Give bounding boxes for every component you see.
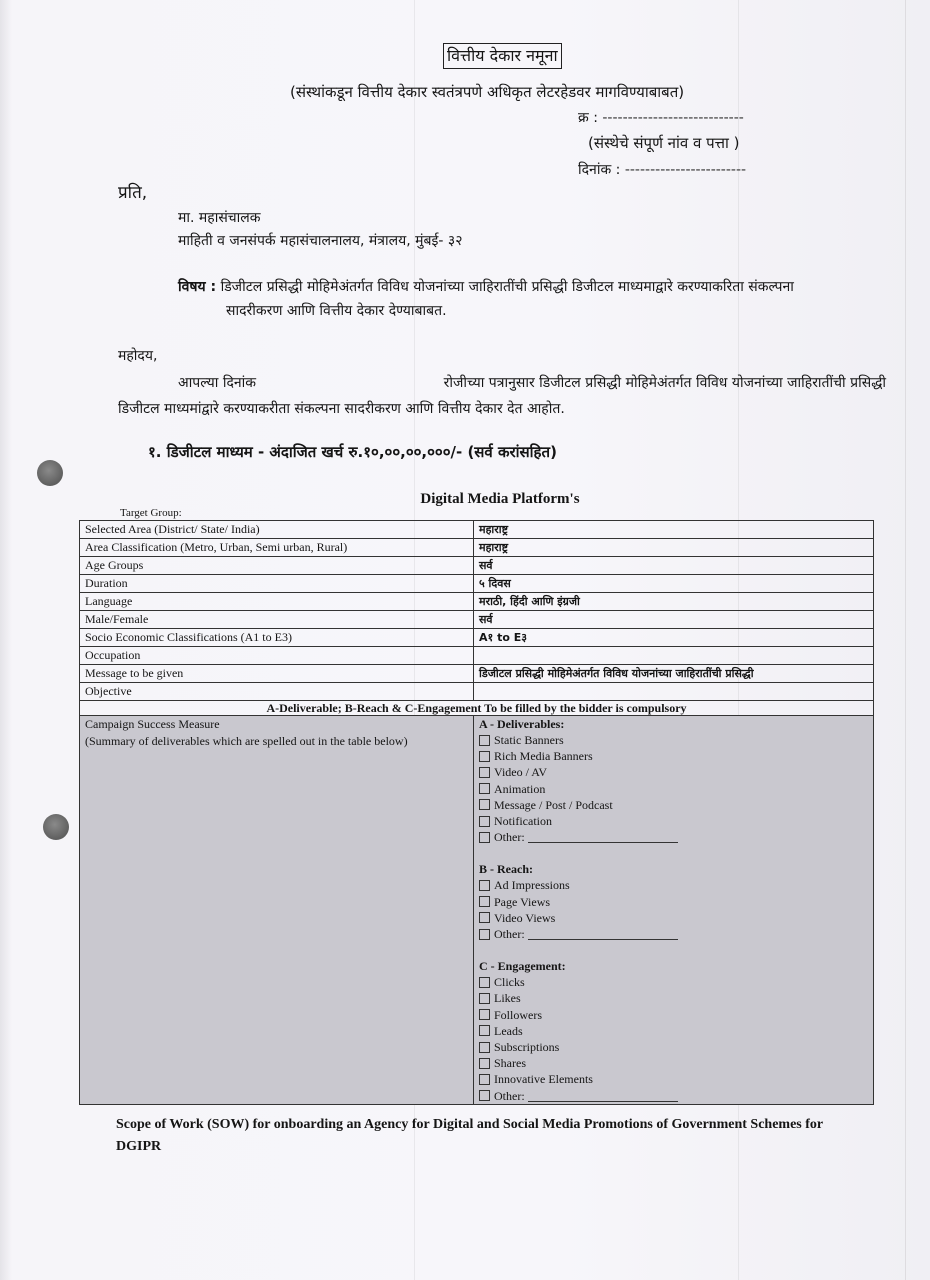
org-name-label: (संस्थेचे संपूर्ण नांव व पत्ता ) xyxy=(588,133,740,153)
checklist-item[interactable]: Subscriptions xyxy=(479,1039,868,1055)
row-value[interactable]: महाराष्ट्र xyxy=(474,521,874,539)
checkbox-icon[interactable] xyxy=(479,799,490,810)
checkbox-icon[interactable] xyxy=(479,993,490,1004)
row-value[interactable] xyxy=(474,647,874,665)
row-label: Area Classification (Metro, Urban, Semi … xyxy=(80,539,474,557)
para-end: डिजीटल माध्यमांद्वारे करण्याकरीता संकल्प… xyxy=(118,396,886,422)
subject-label: विषय : xyxy=(178,279,216,295)
checkbox-icon[interactable] xyxy=(479,767,490,778)
table-row: Occupation xyxy=(80,647,874,665)
checkbox-icon[interactable] xyxy=(479,896,490,907)
compulsory-banner: A-Deliverable; B-Reach & C-Engagement To… xyxy=(80,701,874,716)
checkbox-icon[interactable] xyxy=(479,832,490,843)
checklist-item[interactable]: Clicks xyxy=(479,974,868,990)
row-label: Language xyxy=(80,593,474,611)
greeting: महोदय, xyxy=(118,346,157,365)
checklist-item[interactable]: Other: xyxy=(479,926,868,942)
checklist-item[interactable]: Innovative Elements xyxy=(479,1071,868,1087)
checklist-item[interactable]: Notification xyxy=(479,813,868,829)
checkbox-icon[interactable] xyxy=(479,735,490,746)
row-label: Occupation xyxy=(80,647,474,665)
checklist-label: Static Banners xyxy=(494,732,564,748)
row-label: Socio Economic Classifications (A1 to E3… xyxy=(80,629,474,647)
other-input-line[interactable] xyxy=(528,1090,678,1102)
checklist-label: Video Views xyxy=(494,910,555,926)
checkbox-icon[interactable] xyxy=(479,1058,490,1069)
checklist-item[interactable]: Leads xyxy=(479,1023,868,1039)
checkbox-icon[interactable] xyxy=(479,816,490,827)
section-heading: A - Deliverables: xyxy=(479,716,868,732)
checklist-item[interactable]: Shares xyxy=(479,1055,868,1071)
checkbox-icon[interactable] xyxy=(479,751,490,762)
target-group-table: Selected Area (District/ State/ India)मह… xyxy=(79,520,874,1105)
checklist-item[interactable]: Video / AV xyxy=(479,764,868,780)
checklist-item[interactable]: Ad Impressions xyxy=(479,877,868,893)
checklist-label: Likes xyxy=(494,990,521,1006)
addressee-office: माहिती व जनसंपर्क महासंचालनालय, मंत्रालय… xyxy=(178,231,462,250)
table-row: Objective xyxy=(80,683,874,701)
deliverables-checklist: A - Deliverables:Static BannersRich Medi… xyxy=(474,716,874,1105)
checklist-item[interactable]: Rich Media Banners xyxy=(479,748,868,764)
checkbox-icon[interactable] xyxy=(479,1042,490,1053)
checklist-label: Other: xyxy=(494,829,525,845)
checkbox-icon[interactable] xyxy=(479,1074,490,1085)
form-title: वित्तीय देकार नमूना xyxy=(443,43,562,69)
checklist-label: Followers xyxy=(494,1007,542,1023)
checklist-item[interactable]: Other: xyxy=(479,829,868,845)
checkbox-icon[interactable] xyxy=(479,1009,490,1020)
row-value[interactable]: सर्व xyxy=(474,557,874,575)
checklist-label: Ad Impressions xyxy=(494,877,570,893)
scanned-page: वित्तीय देकार नमूना (संस्थांकडून वित्तीय… xyxy=(0,0,930,1280)
addressee-title: मा. महासंचालक xyxy=(178,208,261,227)
campaign-success-measure: Campaign Success Measure (Summary of del… xyxy=(80,716,474,1105)
checklist-label: Clicks xyxy=(494,974,525,990)
table-row: Message to be givenडिजीटल प्रसिद्धी मोहि… xyxy=(80,665,874,683)
date-line: दिनांक : ------------------------ xyxy=(578,160,746,179)
checkbox-icon[interactable] xyxy=(479,783,490,794)
table-row: Languageमराठी, हिंदी आणि इंग्रजी xyxy=(80,593,874,611)
row-label: Message to be given xyxy=(80,665,474,683)
punch-hole xyxy=(43,814,69,840)
checklist-label: Rich Media Banners xyxy=(494,748,593,764)
checklist-label: Innovative Elements xyxy=(494,1071,593,1087)
para-start: आपल्या दिनांक xyxy=(178,370,256,396)
checklist-label: Leads xyxy=(494,1023,523,1039)
table-row: Duration५ दिवस xyxy=(80,575,874,593)
checklist-item[interactable]: Static Banners xyxy=(479,732,868,748)
row-label: Male/Female xyxy=(80,611,474,629)
checkbox-icon[interactable] xyxy=(479,977,490,988)
body-paragraph: आपल्या दिनांक रोजीच्या पत्रानुसार डिजीटल… xyxy=(118,370,886,422)
other-input-line[interactable] xyxy=(528,831,678,843)
table-row: Area Classification (Metro, Urban, Semi … xyxy=(80,539,874,557)
ref-blank[interactable]: ---------------------------- xyxy=(602,110,743,126)
csm-subtitle: (Summary of deliverables which are spell… xyxy=(85,733,468,750)
checklist-item[interactable]: Followers xyxy=(479,1007,868,1023)
checklist-label: Other: xyxy=(494,1088,525,1104)
checklist-item[interactable]: Likes xyxy=(479,990,868,1006)
checklist-item[interactable]: Video Views xyxy=(479,910,868,926)
csm-title: Campaign Success Measure xyxy=(85,716,468,733)
checkbox-icon[interactable] xyxy=(479,929,490,940)
checkbox-icon[interactable] xyxy=(479,880,490,891)
table-title: Digital Media Platform's xyxy=(0,491,930,508)
checklist-item[interactable]: Message / Post / Podcast xyxy=(479,797,868,813)
checkbox-icon[interactable] xyxy=(479,1025,490,1036)
section-heading: B - Reach: xyxy=(479,861,868,877)
table-row: Age Groupsसर्व xyxy=(80,557,874,575)
checklist-label: Page Views xyxy=(494,894,550,910)
para-mid: रोजीच्या पत्रानुसार डिजीटल प्रसिद्धी मोह… xyxy=(444,370,886,396)
date-label: दिनांक : xyxy=(578,162,620,178)
checklist-label: Message / Post / Podcast xyxy=(494,797,613,813)
checkbox-icon[interactable] xyxy=(479,912,490,923)
checklist-label: Video / AV xyxy=(494,764,547,780)
section-heading: C - Engagement: xyxy=(479,958,868,974)
checklist-item[interactable]: Page Views xyxy=(479,894,868,910)
row-value[interactable]: A१ to E३ xyxy=(474,629,874,647)
subject-line-1: डिजीटल प्रसिद्धी मोहिमेअंतर्गत विविध योज… xyxy=(221,279,794,295)
table-row: Selected Area (District/ State/ India)मह… xyxy=(80,521,874,539)
checklist-label: Other: xyxy=(494,926,525,942)
target-group-label: Target Group: xyxy=(120,507,182,519)
checklist-label: Notification xyxy=(494,813,552,829)
date-blank[interactable]: ------------------------ xyxy=(625,162,746,178)
table-row: Male/Femaleसर्व xyxy=(80,611,874,629)
row-value[interactable] xyxy=(474,683,874,701)
table-row: Socio Economic Classifications (A1 to E3… xyxy=(80,629,874,647)
row-value[interactable]: मराठी, हिंदी आणि इंग्रजी xyxy=(474,593,874,611)
form-subtitle: (संस्थांकडून वित्तीय देकार स्वतंत्रपणे अ… xyxy=(290,82,684,102)
subject-block: विषय : डिजीटल प्रसिद्धी मोहिमेअंतर्गत वि… xyxy=(178,275,888,323)
checklist-label: Shares xyxy=(494,1055,526,1071)
row-label: Age Groups xyxy=(80,557,474,575)
row-value[interactable]: महाराष्ट्र xyxy=(474,539,874,557)
row-value[interactable]: ५ दिवस xyxy=(474,575,874,593)
punch-hole xyxy=(37,460,63,486)
section-gap xyxy=(479,942,868,958)
row-label: Objective xyxy=(80,683,474,701)
checkbox-icon[interactable] xyxy=(479,1090,490,1101)
checklist-label: Animation xyxy=(494,781,545,797)
subject-line-2: सादरीकरण आणि वित्तीय देकार देण्याबाबत. xyxy=(178,299,888,323)
section-gap xyxy=(479,845,868,861)
row-label: Duration xyxy=(80,575,474,593)
checklist-item[interactable]: Other: xyxy=(479,1088,868,1104)
addressee-to: प्रति, xyxy=(118,180,147,203)
row-value[interactable]: डिजीटल प्रसिद्धी मोहिमेअंतर्गत विविध योज… xyxy=(474,665,874,683)
ref-label: क्र : xyxy=(578,110,598,126)
row-label: Selected Area (District/ State/ India) xyxy=(80,521,474,539)
other-input-line[interactable] xyxy=(528,928,678,940)
row-value[interactable]: सर्व xyxy=(474,611,874,629)
point-1-heading: १. डिजीटल माध्यम - अंदाजित खर्च रु.१०,००… xyxy=(148,442,557,462)
sow-heading: Scope of Work (SOW) for onboarding an Ag… xyxy=(116,1114,846,1158)
fold-line xyxy=(905,0,906,1280)
ref-number-line: क्र : ---------------------------- xyxy=(578,108,744,127)
checklist-item[interactable]: Animation xyxy=(479,781,868,797)
checklist-label: Subscriptions xyxy=(494,1039,559,1055)
